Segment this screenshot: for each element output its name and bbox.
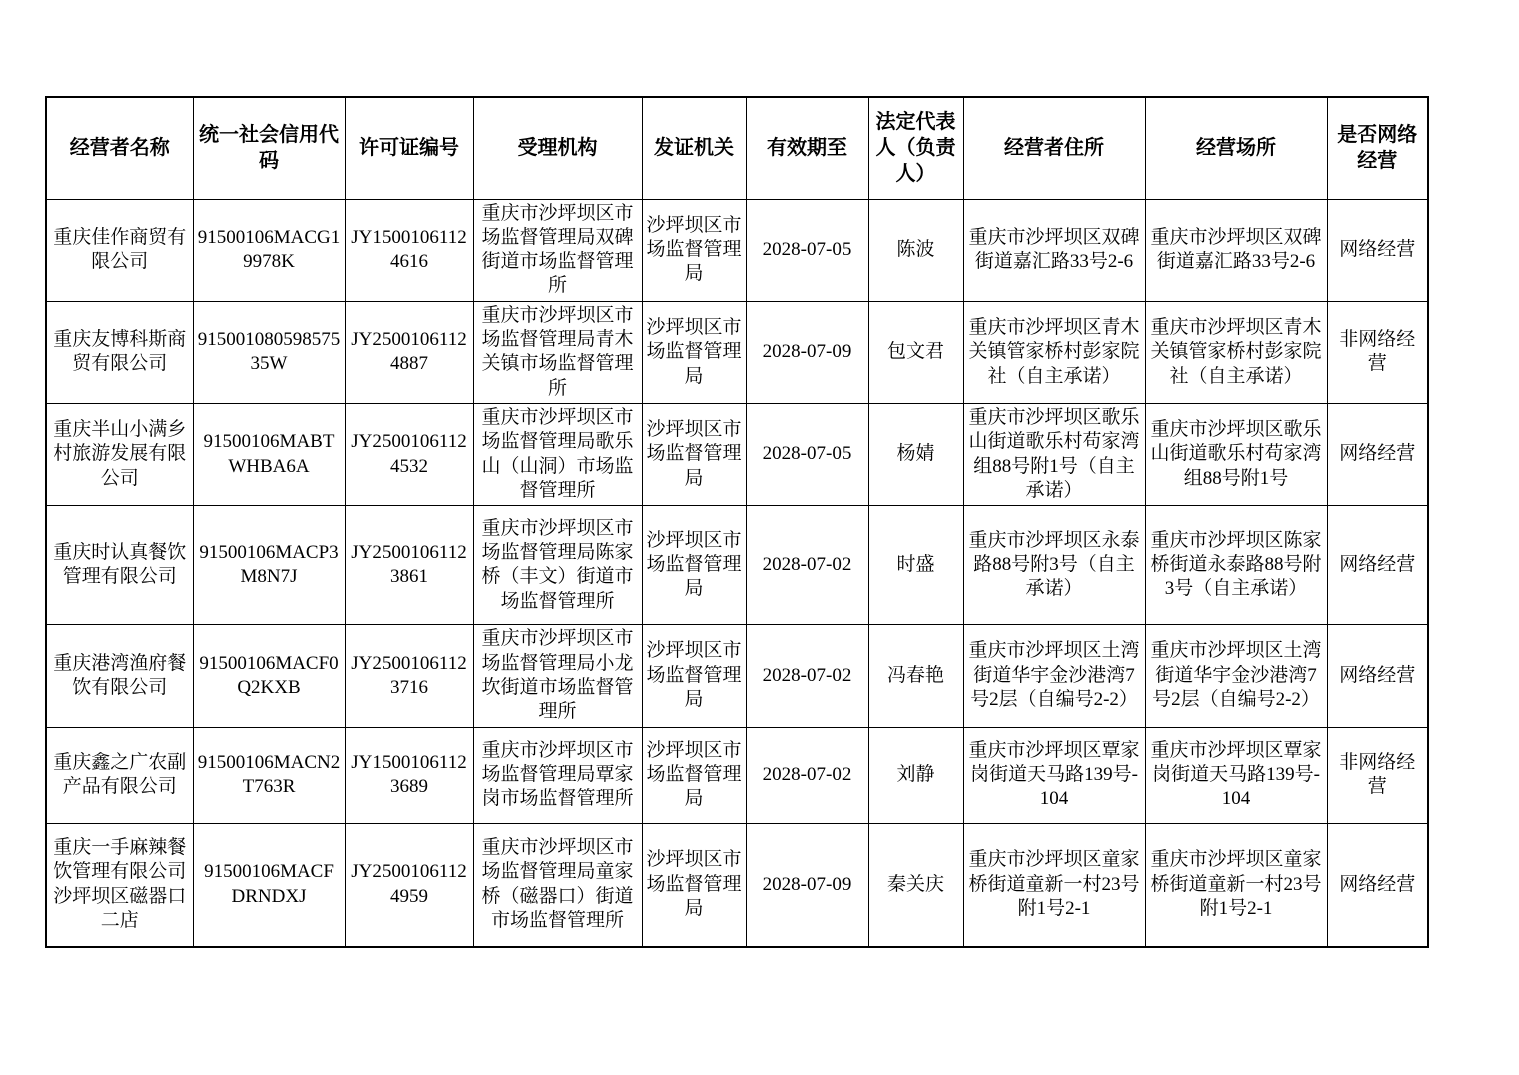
cell-legal-rep: 时盛 [868, 506, 963, 625]
cell-license-no: JY25001061124887 [345, 301, 473, 403]
cell-operator-name: 重庆半山小满乡村旅游发展有限公司 [46, 404, 193, 506]
header-online: 是否网络经营 [1327, 97, 1428, 199]
cell-issuing-org: 沙坪坝区市场监督管理局 [642, 727, 746, 823]
cell-valid-until: 2028-07-05 [746, 199, 868, 301]
cell-accepting-org: 重庆市沙坪坝区市场监督管理局青木关镇市场监督管理所 [473, 301, 642, 403]
table-row: 重庆港湾渔府餐饮有限公司 91500106MACF0Q2KXB JY250010… [46, 625, 1428, 727]
header-license-no: 许可证编号 [345, 97, 473, 199]
cell-residence: 重庆市沙坪坝区覃家岗街道天马路139号-104 [963, 727, 1145, 823]
cell-premises: 重庆市沙坪坝区青木关镇管家桥村彭家院社（自主承诺） [1145, 301, 1327, 403]
cell-premises: 重庆市沙坪坝区双碑街道嘉汇路33号2-6 [1145, 199, 1327, 301]
cell-valid-until: 2028-07-05 [746, 404, 868, 506]
cell-operator-name: 重庆港湾渔府餐饮有限公司 [46, 625, 193, 727]
cell-premises: 重庆市沙坪坝区歌乐山街道歌乐村苟家湾组88号附1号 [1145, 404, 1327, 506]
header-accepting-org: 受理机构 [473, 97, 642, 199]
cell-operator-name: 重庆鑫之广农副产品有限公司 [46, 727, 193, 823]
cell-valid-until: 2028-07-02 [746, 727, 868, 823]
cell-credit-code: 91500106MABTWHBA6A [193, 404, 345, 506]
cell-license-no: JY25001061123861 [345, 506, 473, 625]
cell-online-status: 非网络经营 [1327, 727, 1428, 823]
cell-residence: 重庆市沙坪坝区双碑街道嘉汇路33号2-6 [963, 199, 1145, 301]
header-premises: 经营场所 [1145, 97, 1327, 199]
cell-residence: 重庆市沙坪坝区童家桥街道童新一村23号附1号2-1 [963, 823, 1145, 947]
cell-accepting-org: 重庆市沙坪坝区市场监督管理局小龙坎街道市场监督管理所 [473, 625, 642, 727]
cell-accepting-org: 重庆市沙坪坝区市场监督管理局覃家岗市场监督管理所 [473, 727, 642, 823]
cell-online-status: 网络经营 [1327, 506, 1428, 625]
cell-accepting-org: 重庆市沙坪坝区市场监督管理局歌乐山（山洞）市场监督管理所 [473, 404, 642, 506]
cell-credit-code: 91500106MACFDRNDXJ [193, 823, 345, 947]
cell-legal-rep: 杨婧 [868, 404, 963, 506]
cell-issuing-org: 沙坪坝区市场监督管理局 [642, 625, 746, 727]
cell-valid-until: 2028-07-02 [746, 506, 868, 625]
cell-online-status: 网络经营 [1327, 625, 1428, 727]
cell-accepting-org: 重庆市沙坪坝区市场监督管理局陈家桥（丰文）街道市场监督管理所 [473, 506, 642, 625]
cell-legal-rep: 秦关庆 [868, 823, 963, 947]
cell-online-status: 网络经营 [1327, 823, 1428, 947]
table-row: 重庆鑫之广农副产品有限公司 91500106MACN2T763R JY15001… [46, 727, 1428, 823]
cell-legal-rep: 陈波 [868, 199, 963, 301]
cell-online-status: 非网络经营 [1327, 301, 1428, 403]
document-page: 经营者名称 统一社会信用代码 许可证编号 受理机构 发证机关 有效期至 法定代表… [0, 0, 1519, 1075]
header-credit-code: 统一社会信用代码 [193, 97, 345, 199]
cell-issuing-org: 沙坪坝区市场监督管理局 [642, 301, 746, 403]
business-license-table: 经营者名称 统一社会信用代码 许可证编号 受理机构 发证机关 有效期至 法定代表… [45, 96, 1429, 948]
table-row: 重庆半山小满乡村旅游发展有限公司 91500106MABTWHBA6A JY25… [46, 404, 1428, 506]
table-row: 重庆佳作商贸有限公司 91500106MACG19978K JY15001061… [46, 199, 1428, 301]
cell-operator-name: 重庆时认真餐饮管理有限公司 [46, 506, 193, 625]
cell-license-no: JY25001061124959 [345, 823, 473, 947]
cell-issuing-org: 沙坪坝区市场监督管理局 [642, 199, 746, 301]
cell-premises: 重庆市沙坪坝区陈家桥街道永泰路88号附3号（自主承诺） [1145, 506, 1327, 625]
cell-legal-rep: 刘静 [868, 727, 963, 823]
cell-valid-until: 2028-07-02 [746, 625, 868, 727]
cell-license-no: JY15001061123689 [345, 727, 473, 823]
cell-operator-name: 重庆一手麻辣餐饮管理有限公司沙坪坝区磁器口二店 [46, 823, 193, 947]
cell-issuing-org: 沙坪坝区市场监督管理局 [642, 506, 746, 625]
cell-license-no: JY25001061124532 [345, 404, 473, 506]
cell-residence: 重庆市沙坪坝区永泰路88号附3号（自主承诺） [963, 506, 1145, 625]
cell-online-status: 网络经营 [1327, 404, 1428, 506]
cell-license-no: JY25001061123716 [345, 625, 473, 727]
cell-credit-code: 91500108059857535W [193, 301, 345, 403]
header-row: 经营者名称 统一社会信用代码 许可证编号 受理机构 发证机关 有效期至 法定代表… [46, 97, 1428, 199]
cell-accepting-org: 重庆市沙坪坝区市场监督管理局双碑街道市场监督管理所 [473, 199, 642, 301]
cell-residence: 重庆市沙坪坝区歌乐山街道歌乐村苟家湾组88号附1号（自主承诺） [963, 404, 1145, 506]
cell-operator-name: 重庆友博科斯商贸有限公司 [46, 301, 193, 403]
header-legal-rep: 法定代表人（负责人） [868, 97, 963, 199]
cell-issuing-org: 沙坪坝区市场监督管理局 [642, 404, 746, 506]
header-issuing-org: 发证机关 [642, 97, 746, 199]
cell-premises: 重庆市沙坪坝区土湾街道华宇金沙港湾7号2层（自编号2-2） [1145, 625, 1327, 727]
cell-accepting-org: 重庆市沙坪坝区市场监督管理局童家桥（磁器口）街道市场监督管理所 [473, 823, 642, 947]
cell-premises: 重庆市沙坪坝区童家桥街道童新一村23号附1号2-1 [1145, 823, 1327, 947]
cell-issuing-org: 沙坪坝区市场监督管理局 [642, 823, 746, 947]
cell-premises: 重庆市沙坪坝区覃家岗街道天马路139号-104 [1145, 727, 1327, 823]
cell-residence: 重庆市沙坪坝区青木关镇管家桥村彭家院社（自主承诺） [963, 301, 1145, 403]
cell-operator-name: 重庆佳作商贸有限公司 [46, 199, 193, 301]
cell-credit-code: 91500106MACG19978K [193, 199, 345, 301]
cell-valid-until: 2028-07-09 [746, 823, 868, 947]
cell-residence: 重庆市沙坪坝区土湾街道华宇金沙港湾7号2层（自编号2-2） [963, 625, 1145, 727]
cell-valid-until: 2028-07-09 [746, 301, 868, 403]
table-row: 重庆友博科斯商贸有限公司 91500108059857535W JY250010… [46, 301, 1428, 403]
cell-credit-code: 91500106MACF0Q2KXB [193, 625, 345, 727]
cell-legal-rep: 冯春艳 [868, 625, 963, 727]
cell-license-no: JY15001061124616 [345, 199, 473, 301]
header-valid-until: 有效期至 [746, 97, 868, 199]
cell-credit-code: 91500106MACN2T763R [193, 727, 345, 823]
header-residence: 经营者住所 [963, 97, 1145, 199]
table-row: 重庆一手麻辣餐饮管理有限公司沙坪坝区磁器口二店 91500106MACFDRND… [46, 823, 1428, 947]
cell-online-status: 网络经营 [1327, 199, 1428, 301]
table-row: 重庆时认真餐饮管理有限公司 91500106MACP3M8N7J JY25001… [46, 506, 1428, 625]
cell-legal-rep: 包文君 [868, 301, 963, 403]
cell-credit-code: 91500106MACP3M8N7J [193, 506, 345, 625]
header-operator-name: 经营者名称 [46, 97, 193, 199]
